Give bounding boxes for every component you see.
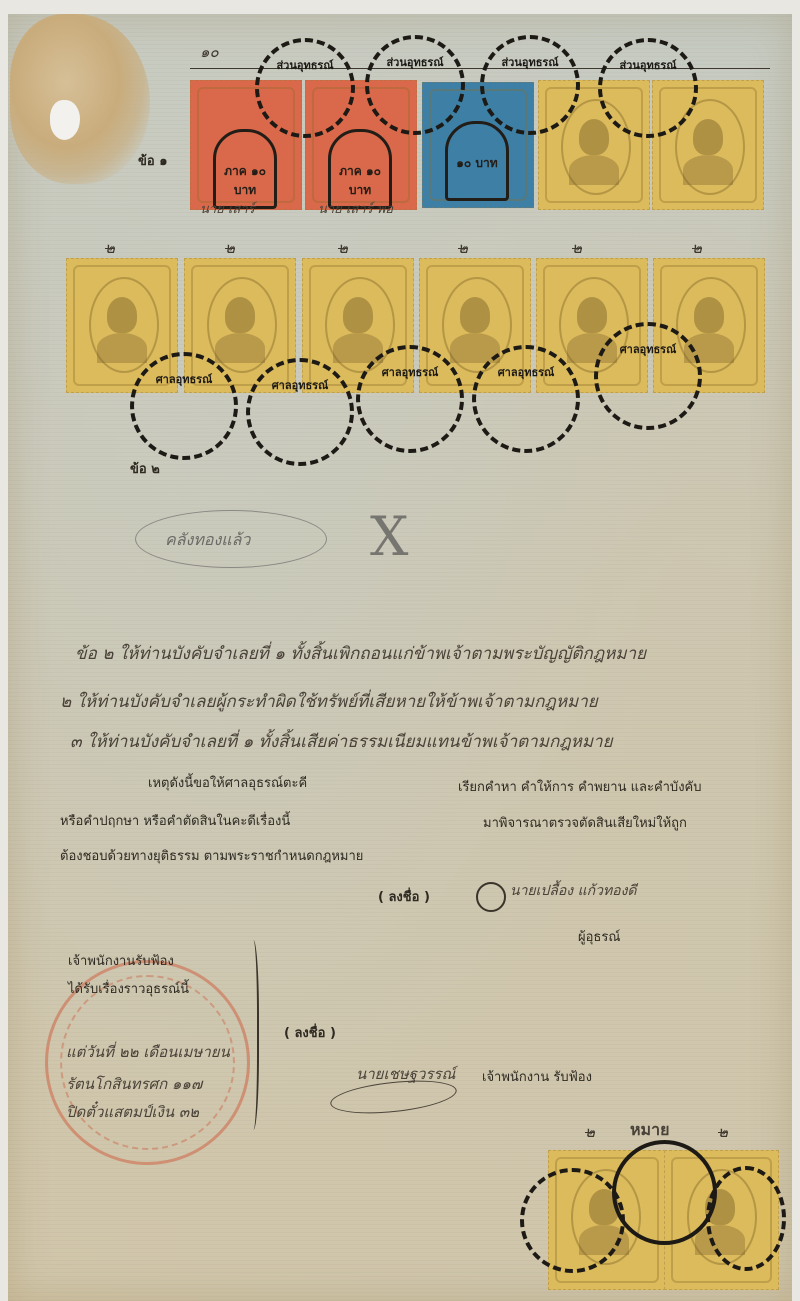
officer-role: เจ้าพนักงาน รับฟ้อง	[482, 1066, 592, 1087]
receipt-era: รัตนโกสินทรศก ๑๑๗	[66, 1072, 202, 1096]
sign-label: ( ลงชื่อ )	[378, 886, 430, 907]
footer-mark-left: ๒	[585, 1120, 595, 1144]
cancellation-postmark: ศาลอุทธรณ์	[594, 322, 702, 430]
cancellation-postmark: ศาลอุทธรณ์	[246, 358, 354, 466]
handwritten-clause-3: ๓ ให้ท่านบังคับจำเลยที่ ๑ ทั้งสิ้นเสียค่…	[70, 728, 613, 755]
value-mark: ๒	[572, 236, 582, 260]
stamp-handwriting: นาย เสาร์ พอ	[318, 198, 393, 219]
receipt-stamp-value: ปิดตั๋วแสตมป์เงิน ๓๒	[66, 1100, 199, 1124]
receipt-date: แต่วันที่ ๒๒ เดือนเมษายน	[66, 1040, 230, 1064]
value-mark: ๒	[338, 236, 348, 260]
cancellation-postmark: ส่วนอุทธรณ์	[480, 35, 580, 135]
value-mark: ๒	[458, 236, 468, 260]
officer-sign-label: ( ลงชื่อ )	[284, 1022, 336, 1043]
cross-mark: X	[370, 505, 408, 568]
printed-line-2-right: มาพิจารณาตรวจตัดสินเสียใหม่ให้ถูก	[483, 812, 687, 833]
cancellation-postmark	[520, 1168, 625, 1273]
value-mark: ๒	[692, 236, 702, 260]
stamp-overprint: ๑๐ บาท	[445, 121, 509, 201]
value-mark: ๒	[225, 236, 235, 260]
cancellation-postmark: ศาลอุทธรณ์	[130, 352, 238, 460]
cancellation-postmark: ส่วนอุทธรณ์	[365, 35, 465, 135]
cancellation-postmark: ส่วนอุทธรณ์	[598, 38, 698, 138]
footer-mark-right: ๒	[718, 1120, 728, 1144]
spiral-mark-icon	[476, 882, 506, 912]
clause-2-label: ข้อ ๒	[130, 458, 160, 479]
cancellation-postmark: ศาลอุทธรณ์	[356, 345, 464, 453]
cancellation-postmark: ส่วนอุทธรณ์	[255, 38, 355, 138]
printed-line-1-right: เรียกคำหา คำให้การ คำพยาน และคำบังคับ	[458, 776, 701, 797]
bracket	[245, 940, 259, 1130]
top-left-number: ๑๐	[200, 40, 219, 64]
cancellation-postmark	[612, 1140, 717, 1245]
appellant-role: ผู้อุธรณ์	[578, 926, 620, 947]
stamp-handwriting: นาย เสาร์	[200, 198, 255, 219]
receipt-line-1: เจ้าพนักงานรับฟ้อง	[68, 950, 174, 971]
stamp-overprint: ภาค ๑๐ บาท	[213, 129, 277, 209]
cancellation-postmark: ศาลอุทธรณ์	[472, 345, 580, 453]
pencil-note: คลังทองแล้ว	[165, 528, 250, 553]
handwritten-clause-2: ๒ ให้ท่านบังคับจำเลยผู้กระทำผิดใช้ทรัพย์…	[60, 688, 598, 715]
appellant-name: นายเปลื้อง แก้วทองดี	[510, 880, 637, 902]
clause-1-label: ข้อ ๑	[138, 150, 167, 171]
handwritten-clause-1: ข้อ ๒ ให้ท่านบังคับจำเลยที่ ๑ ทั้งสิ้นเพ…	[75, 640, 646, 667]
printed-line-3: ต้องชอบด้วยทางยุติธรรม ตามพระราชกำหนดกฎห…	[60, 845, 363, 866]
receipt-line-2: ได้รับเรื่องราวอุธรณ์นี้	[68, 978, 189, 999]
stamp-overprint: ภาค ๑๐ บาท	[328, 129, 392, 209]
printed-line-2-left: หรือคำปฤกษา หรือคำตัดสินในคะดีเรื่องนี้	[60, 810, 290, 831]
value-mark: ๒	[105, 236, 115, 260]
cancellation-postmark	[706, 1166, 786, 1271]
printed-line-1-left: เหตุดังนี้ขอให้ศาลอุธรณ์ตะคี	[148, 772, 307, 793]
